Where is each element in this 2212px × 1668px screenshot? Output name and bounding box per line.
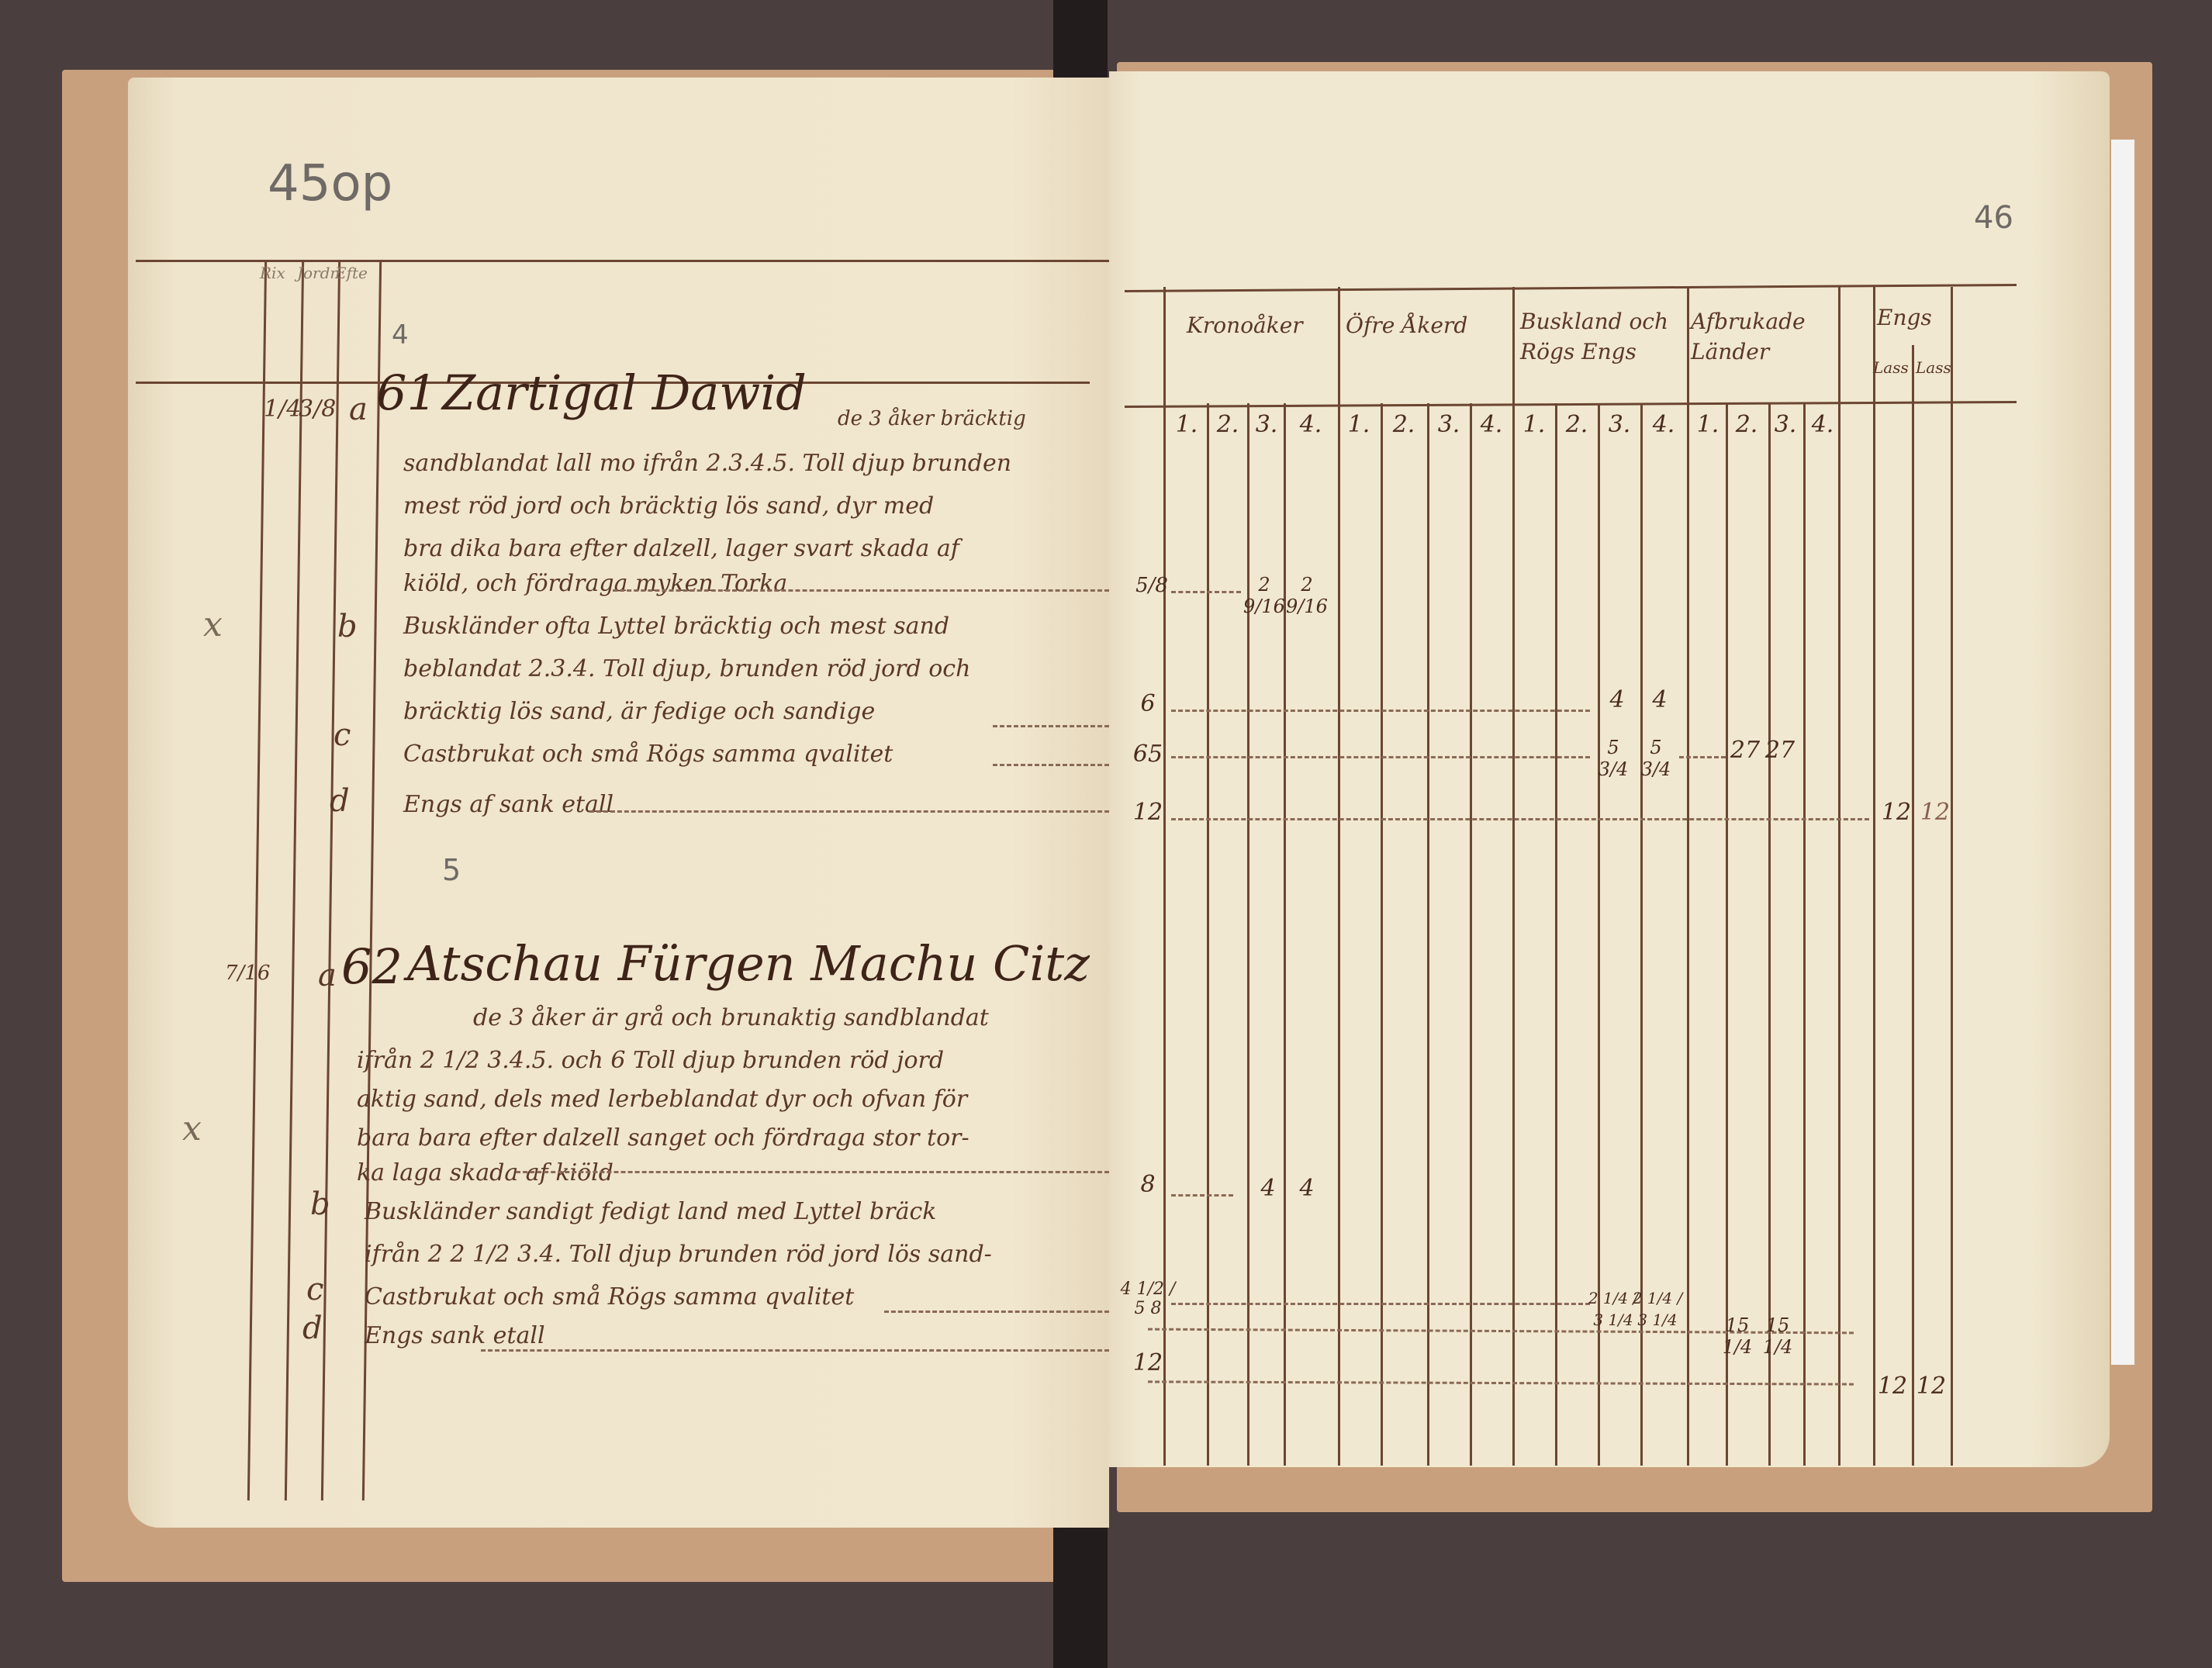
entry-62c-letter: c xyxy=(306,1272,323,1307)
row-61b-area: 6 xyxy=(1125,690,1171,717)
row-62bc-a3: 15 1/4 xyxy=(1754,1314,1801,1358)
sub-k3: 3. xyxy=(1243,411,1290,438)
row-62d-area: 12 xyxy=(1125,1349,1171,1376)
row-62a-area: 8 xyxy=(1125,1171,1171,1198)
entry-62c-leader xyxy=(884,1311,1109,1313)
entry-62-margin-fraction-1: 7/16 xyxy=(225,962,270,985)
col-header-afbrukade: Afbrukade Länder xyxy=(1691,306,1838,367)
margin-header-3: Efte xyxy=(335,264,368,282)
sub-o3: 3. xyxy=(1426,411,1472,438)
col-subheader-engs-2: Lass xyxy=(1916,357,1951,378)
col-line xyxy=(1338,287,1340,1466)
row-61b-b3: 4 xyxy=(1594,686,1640,713)
entry-61a-line-3: mest röd jord och bräcktig lös sand, dyr… xyxy=(403,492,934,520)
col-line xyxy=(1951,287,1953,1466)
row-61c-b4: 5 3/4 xyxy=(1633,737,1679,780)
entry-61-margin-fraction-2: 3/8 xyxy=(299,395,336,423)
col-header-kronoaker: Kronoåker xyxy=(1187,310,1303,340)
col-line xyxy=(1912,345,1914,1466)
entry-62-name: Atschau Fürgen Machu Citz xyxy=(407,938,1113,989)
row-leader xyxy=(1171,1194,1233,1197)
sub-b1: 1. xyxy=(1511,411,1557,438)
sub-o1: 1. xyxy=(1336,411,1382,438)
row-62bc-b4: 2 1/4 / 3 1/4 xyxy=(1630,1287,1685,1331)
entry-62b-line-1: Buskländer sandigt fedigt land med Lytte… xyxy=(365,1198,936,1225)
entry-61b-letter: b xyxy=(337,609,358,644)
sub-k1: 1. xyxy=(1163,411,1210,438)
row-leader xyxy=(1171,1303,1590,1305)
entry-61d-line-1: Engs af sank etall xyxy=(403,791,613,818)
col-subheader-engs-1: Lass xyxy=(1873,357,1909,378)
col-header-ofre-akerd: Öfre Åkerd xyxy=(1346,310,1467,340)
entry-61-margin-mark: x xyxy=(203,605,223,644)
entry-62-pencil-index: 5 xyxy=(442,853,461,887)
col-header-buskland: Buskland och Rögs Engs xyxy=(1520,306,1683,367)
sub-o2: 2. xyxy=(1381,411,1427,438)
row-62d-e2: 12 xyxy=(1908,1373,1955,1400)
col-line xyxy=(1381,403,1383,1466)
entry-61-pencil-index: 4 xyxy=(392,319,409,351)
entry-62c-line-1: Castbrukat och små Rögs samma qvalitet xyxy=(365,1283,854,1311)
row-leader xyxy=(1171,818,1869,820)
entry-62a-line-3: aktig sand, dels med lerbeblandat dyr oc… xyxy=(357,1086,967,1113)
right-page-pencil-number: 46 xyxy=(1974,200,2013,236)
entry-61c-line-1: Castbrukat och små Rögs samma qvalitet xyxy=(403,741,893,768)
entry-61-name: Zartigal Dawid xyxy=(442,364,807,421)
entry-62a-letter: a xyxy=(318,958,337,993)
entry-61b-line-3: bräcktig lös sand, är fedige och sandige xyxy=(403,698,875,725)
col-line xyxy=(1427,403,1429,1466)
row-61d-e2: 12 xyxy=(1912,799,1958,826)
entry-61a-leader xyxy=(613,589,1109,592)
entry-61b-leader xyxy=(993,725,1109,727)
entry-61d-leader xyxy=(589,810,1109,813)
row-61b-b4: 4 xyxy=(1637,686,1683,713)
left-page-pencil-number: 45op xyxy=(268,155,392,212)
entry-61a-line-5: kiöld, och fördraga myken Torka xyxy=(403,570,787,597)
margin-header-2: Jordn xyxy=(297,264,340,282)
row-leader xyxy=(1171,591,1241,593)
col-line xyxy=(1247,403,1249,1466)
left-header-rule xyxy=(136,260,1109,262)
col-line xyxy=(1838,287,1840,1466)
col-line xyxy=(1555,403,1557,1466)
col-header-engs: Engs xyxy=(1877,302,1932,333)
entry-61c-letter: c xyxy=(334,717,351,753)
entry-62a-line-1: de 3 åker är grå och brunaktig sandbland… xyxy=(473,1004,989,1031)
entry-62b-line-2: ifrån 2 2 1/2 3.4. Toll djup brunden röd… xyxy=(365,1241,992,1268)
row-61c-a3: 27 xyxy=(1757,737,1803,764)
col-line xyxy=(1768,403,1771,1466)
col-line xyxy=(1207,403,1209,1466)
sub-a4: 4. xyxy=(1799,411,1846,438)
row-61a-k4: 2 9/16 xyxy=(1284,574,1330,617)
entry-61c-leader xyxy=(993,764,1109,766)
col-line xyxy=(1726,403,1728,1466)
entry-62a-line-4: bara bara efter dalzell sanget och fördr… xyxy=(357,1124,969,1152)
row-leader xyxy=(1679,756,1726,758)
row-leader xyxy=(1171,756,1590,758)
row-61c-area: 65 xyxy=(1125,741,1171,768)
row-62a-k4: 4 xyxy=(1284,1175,1330,1202)
entry-61-margin-fraction-1: 1/4 xyxy=(264,395,301,423)
sub-o4: 4. xyxy=(1468,411,1515,438)
row-leader xyxy=(1171,710,1590,712)
entry-61a-letter: a xyxy=(349,392,368,427)
scan-edge-strip xyxy=(2111,140,2134,1365)
row-61a-k3: 2 9/16 xyxy=(1241,574,1287,617)
entry-61d-letter: d xyxy=(330,783,350,819)
entry-61a-line-4: bra dika bara efter dalzell, lager svart… xyxy=(403,535,959,562)
margin-header-1: Rix xyxy=(260,264,285,282)
row-62bc-a2: 15 1/4 xyxy=(1714,1314,1761,1358)
entry-61a-line-1: de 3 åker bräcktig xyxy=(838,407,1026,430)
sub-b2: 2. xyxy=(1554,411,1600,438)
col-line xyxy=(1873,287,1875,1466)
col-line xyxy=(1470,403,1472,1466)
entry-61-number: 61 xyxy=(376,364,437,421)
entry-62a-line-2: ifrån 2 1/2 3.4.5. och 6 Toll djup brund… xyxy=(357,1047,944,1074)
entry-62d-leader xyxy=(481,1349,1109,1352)
col-line xyxy=(1512,287,1515,1466)
entry-62d-letter: d xyxy=(302,1311,323,1346)
col-line xyxy=(1284,403,1286,1466)
row-61a-area: 5/8 xyxy=(1128,574,1175,597)
row-61d-area: 12 xyxy=(1125,799,1171,826)
col-line xyxy=(1687,287,1689,1466)
row-61c-b3: 5 3/4 xyxy=(1590,737,1637,780)
entry-62b-letter: b xyxy=(310,1186,330,1222)
entry-62-number: 62 xyxy=(341,938,403,995)
entry-62d-line-1: Engs sank etall xyxy=(365,1322,545,1349)
row-62bc-area: 4 1/2 / 5 8 xyxy=(1117,1279,1179,1318)
sub-k4: 4. xyxy=(1287,411,1334,438)
sub-b4: 4. xyxy=(1640,411,1687,438)
col-line xyxy=(1803,403,1806,1466)
sub-b3: 3. xyxy=(1596,411,1643,438)
entry-62-margin-mark: x xyxy=(182,1109,202,1148)
entry-61b-line-2: beblandat 2.3.4. Toll djup, brunden röd … xyxy=(403,655,970,682)
entry-61a-line-2: sandblandat lall mo ifrån 2.3.4.5. Toll … xyxy=(403,450,1011,477)
entry-62a-leader xyxy=(516,1171,1109,1173)
entry-61b-line-1: Buskländer ofta Lyttel bräcktig och mest… xyxy=(403,613,949,640)
